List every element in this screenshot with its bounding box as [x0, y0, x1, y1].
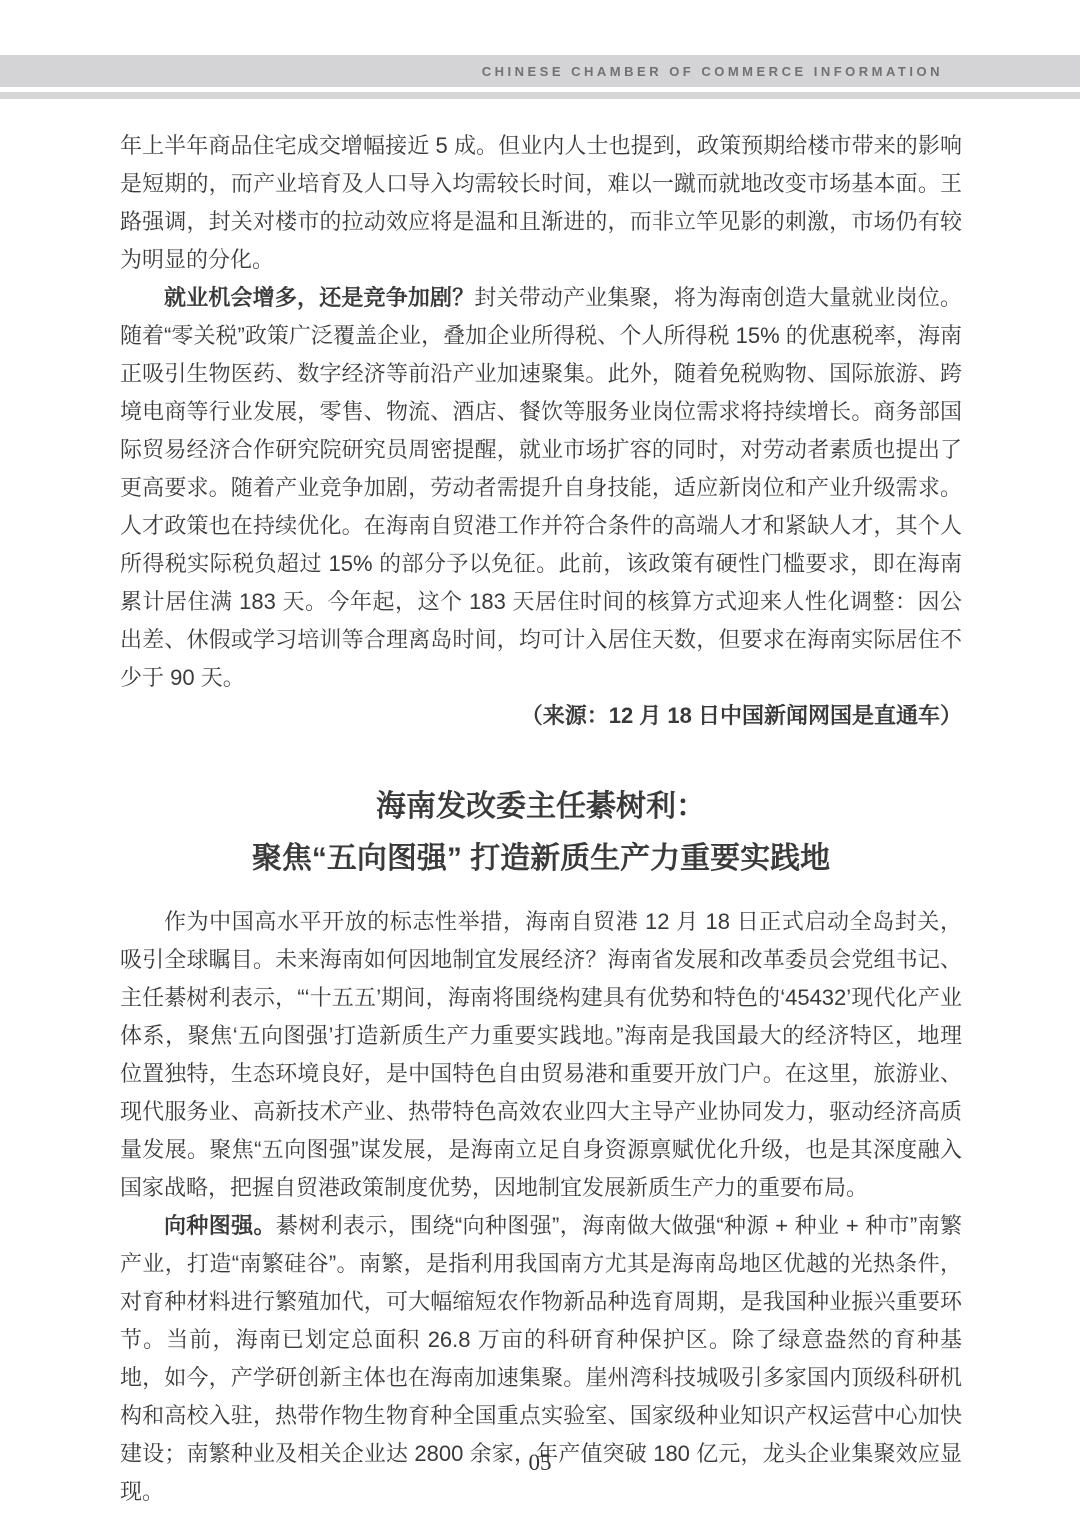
- masthead-bar: CHINESE CHAMBER OF COMMERCE INFORMATION: [0, 55, 1080, 87]
- body-paragraph-intro: 作为中国高水平开放的标志性举措，海南自贸港 12 月 18 日正式启动全岛封关，…: [120, 903, 962, 1207]
- article-title-line1: 海南发改委主任綦树利：: [120, 781, 962, 833]
- body-paragraph-employment: 就业机会增多，还是竞争加剧？封关带动产业集聚，将为海南创造大量就业岗位。随着“零…: [120, 279, 962, 697]
- article-title-line2: 聚焦“五向图强” 打造新质生产力重要实践地: [120, 833, 962, 885]
- paragraph-lead-bold: 就业机会增多，还是竞争加剧？: [164, 285, 474, 310]
- paragraph-text: 封关带动产业集聚，将为海南创造大量就业岗位。随着“零关税”政策广泛覆盖企业，叠加…: [120, 285, 962, 690]
- source-attribution: （来源：12 月 18 日中国新闻网国是直通车）: [120, 697, 962, 735]
- body-paragraph-continuation: 年上半年商品住宅成交增幅接近 5 成。但业内人士也提到，政策预期给楼市带来的影响…: [120, 127, 962, 279]
- page-number: 05: [0, 1450, 1080, 1476]
- masthead-title: CHINESE CHAMBER OF COMMERCE INFORMATION: [482, 64, 943, 79]
- page-content: 年上半年商品住宅成交增幅接近 5 成。但业内人士也提到，政策预期给楼市带来的影响…: [0, 99, 1080, 1511]
- page-masthead: CHINESE CHAMBER OF COMMERCE INFORMATION: [0, 0, 1080, 99]
- article-title: 海南发改委主任綦树利： 聚焦“五向图强” 打造新质生产力重要实践地: [120, 781, 962, 885]
- paragraph-lead-bold: 向种图强。: [164, 1213, 276, 1238]
- masthead-rule: [0, 92, 1080, 99]
